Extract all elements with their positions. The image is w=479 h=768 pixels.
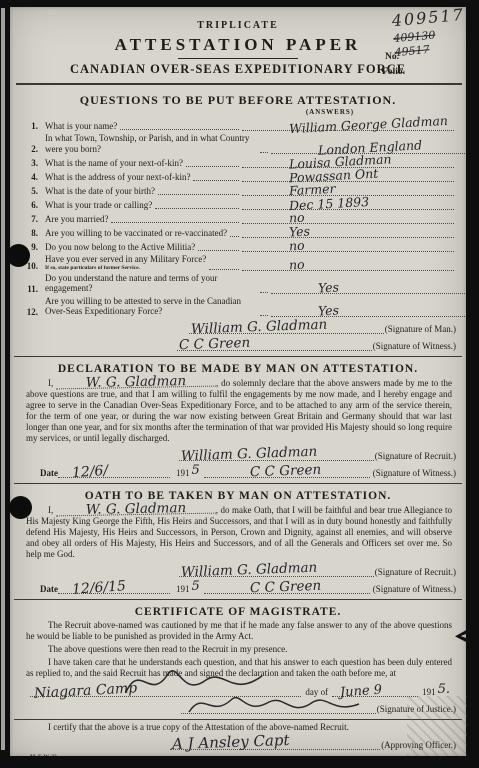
scanned-attestation-paper: { "header": { "triplicate": "TRIPLICATE"… [0,0,479,768]
section-divider [14,599,462,600]
witness-signature-line: C C Green [177,337,372,351]
question-row: 3. What is the name of your next-of-kin?… [10,156,454,168]
question-number: 7. [10,214,45,224]
question-leader-dots [209,268,239,270]
question-number: 11. [10,284,45,294]
declaration-name-written: W. G. Gladman [56,375,216,389]
declaration-date-written: 12/6/ [71,462,108,480]
question-text: What is your trade or calling? [45,200,152,210]
punch-hole-icon [7,244,30,267]
corner-smudge [407,696,467,756]
magistrate-year-written: 5. [438,682,450,697]
question-leader-dots [186,165,239,167]
question-number: 4. [10,172,45,182]
certify-text: I certify that the above is a true copy … [26,722,452,733]
magistrate-paragraph-1: The Recruit above-named was cautioned by… [26,620,452,642]
declaration-heading: DECLARATION TO BE MADE BY MAN ON ATTESTA… [10,363,466,375]
question-text: Have you ever served in any Military For… [45,254,206,264]
oath-name-written: W. G. Gladman [56,502,216,516]
question-row: 8. Are you willing to be vaccinated or r… [10,226,454,238]
oath-date-written: 12/6/15 [72,578,127,598]
magistrate-heading: CERTIFICATE OF MAGISTRATE. [10,606,466,618]
question-leader-dots [111,221,239,223]
magistrate-place-date-line: Niagara Camp day of June 9 191 5. [26,682,452,697]
witness-signature-label: (Signature of Witness.) [372,341,456,351]
answer-line: Powassan Ont [242,170,454,182]
oath-recruit-signature-label: (Signature of Recruit.) [374,567,456,577]
section-divider [14,483,462,484]
question-leader-dots [260,151,268,153]
form-print-line: M. F. W. 23. [30,754,466,757]
answer-line: Dec 15 1893 [242,198,454,210]
oath-date-label: Date [40,584,58,594]
question-text: Are you married? [45,214,108,224]
oath-witness-signature-label: (Signature of Witness.) [372,584,456,594]
title-underline [178,58,298,59]
header-divider [16,83,462,85]
magistrate-date-written: June 9 [340,682,383,700]
oath-lead-in: I, [48,505,53,515]
witness-signature-row: C C Green (Signature of Witness.) [10,337,456,351]
question-leader-dots [158,193,239,195]
oath-paragraph: I, W. G. Gladman, do make Oath, that I w… [26,504,452,560]
attestation-form-page: TRIPLICATE ATTESTATION PAPER CANADIAN OV… [10,7,466,756]
question-number: 8. [10,228,45,238]
answer-line: Yes [242,226,454,238]
section-divider [14,719,462,720]
oath-year-written: 5 [192,579,200,594]
approving-officer-signature: A J Ansley Capt [172,730,290,752]
question-text: In what Town, Township, or Parish, and i… [45,133,249,154]
answer-line: no [242,259,454,271]
day-of-label: day of [305,687,328,697]
question-answer: no [288,238,304,254]
question-row: 7. Are you married? no [10,212,454,224]
question-text: Are you willing to be attested to serve … [45,296,241,317]
section-divider [14,356,462,357]
question-row: 6. What is your trade or calling? Dec 15… [10,198,454,210]
declaration-witness-signature-label: (Signature of Witness.) [372,468,456,478]
question-leader-dots [198,249,239,251]
question-row: 11. Do you understand the nature and ter… [10,273,454,294]
declaration-witness-signature: C C Green [250,461,322,479]
magistrate-place-written: Niagara Camp [34,680,138,701]
question-row: 12. Are you willing to be attested to se… [10,296,454,317]
question-number: 3. [10,158,45,168]
declaration-recruit-signature-label: (Signature of Recruit.) [374,451,456,461]
answer-line: no [242,212,454,224]
question-number: 2. [10,144,45,154]
scan-edge-highlight [1,8,5,750]
question-number: 1. [10,121,45,131]
question-text: Do you understand the nature and terms o… [45,273,217,294]
question-note: If so, state particulars of former Servi… [45,265,206,271]
oath-recruit-signature-row: William G. Gladman (Signature of Recruit… [10,563,456,577]
question-leader-dots [155,207,239,209]
question-row: 9. Do you now belong to the Active Milit… [10,240,454,252]
form-print-reference: M. F. W. 23.300 M.—8-15.H.Q. 1772-39-942… [30,754,466,757]
oath-year-printed: 191 [176,584,190,594]
answer-line: Yes [271,282,466,294]
declaration-date-label: Date [40,468,58,478]
declaration-lead-in: I, [48,378,53,388]
question-number: 5. [10,186,45,196]
question-leader-dots [230,235,239,237]
man-signature-line: William G. Gladman [189,320,384,334]
question-text: What is the date of your birth? [45,186,155,196]
question-number: 6. [10,200,45,210]
questions-heading: QUESTIONS TO BE PUT BEFORE ATTESTATION. [10,93,466,108]
folio-label: Folio. [382,67,405,77]
magistrate-paragraph-3: I have taken care that he understands ea… [26,657,452,679]
serial-numbers: 409517 409130 49517 [391,7,466,59]
oath-heading: OATH TO BE TAKEN BY MAN ON ATTESTATION. [10,490,466,502]
oath-recruit-signature: William G. Gladman [181,559,318,580]
declaration-paragraph: I, W. G. Gladman, do solemnly declare th… [26,377,452,444]
declaration-recruit-signature-row: William G. Gladman (Signature of Recruit… [10,447,456,461]
question-leader-dots [260,291,268,293]
declaration-date-row: Date 12/6/ 191 5 C C Green (Signature of… [40,463,456,478]
answer-line: William George Gladman [242,119,454,131]
question-text: Are you willing to be vaccinated or re-v… [45,228,227,238]
question-text: What is the address of your next-of-kin? [45,172,190,182]
man-signature: William G. Gladman [191,316,328,337]
question-text: What is the name of your next-of-kin? [45,158,183,168]
man-signature-label: (Signature of Man.) [384,324,456,334]
question-answer: Yes [317,279,339,295]
question-leader-dots [260,314,268,316]
answer-line: no [242,240,454,252]
justice-signature-row: (Signature of Justice.) [10,700,456,714]
oath-date-row: Date 12/6/15 191 5 C C Green (Signature … [40,579,456,594]
question-number: 12. [10,307,45,317]
magistrate-paragraph-2: The above questions were then read to th… [26,644,452,655]
approving-officer-row: A J Ansley Capt (Approving Officer.) [10,736,456,750]
man-signature-row: William G. Gladman (Signature of Man.) [10,320,456,334]
question-answer: Yes [317,302,339,318]
answer-line: Yes [271,305,466,317]
question-row: 5. What is the date of your birth? Farme… [10,184,454,196]
question-text: Do you now belong to the Active Militia? [45,242,195,252]
declaration-year-printed: 191 [176,468,190,478]
question-row: 10. Have you ever served in any Military… [10,254,454,271]
declaration-year-written: 5 [192,463,200,478]
answers-column-label: (ANSWERS) [250,108,410,116]
question-row: 1. What is your name? William George Gla… [10,119,454,131]
questions-list: 1. What is your name? William George Gla… [10,119,466,317]
question-answer: no [288,256,304,272]
oath-witness-signature: C C Green [250,577,322,595]
question-row: 4. What is the address of your next-of-k… [10,170,454,182]
declaration-recruit-signature: William G. Gladman [181,443,318,464]
question-leader-dots [193,179,239,181]
magistrate-year-printed: 191 [422,687,436,697]
question-leader-dots [120,128,239,130]
question-text: What is your name? [45,121,117,131]
punch-hole-icon [9,496,32,519]
witness-signature: C C Green [179,334,251,352]
